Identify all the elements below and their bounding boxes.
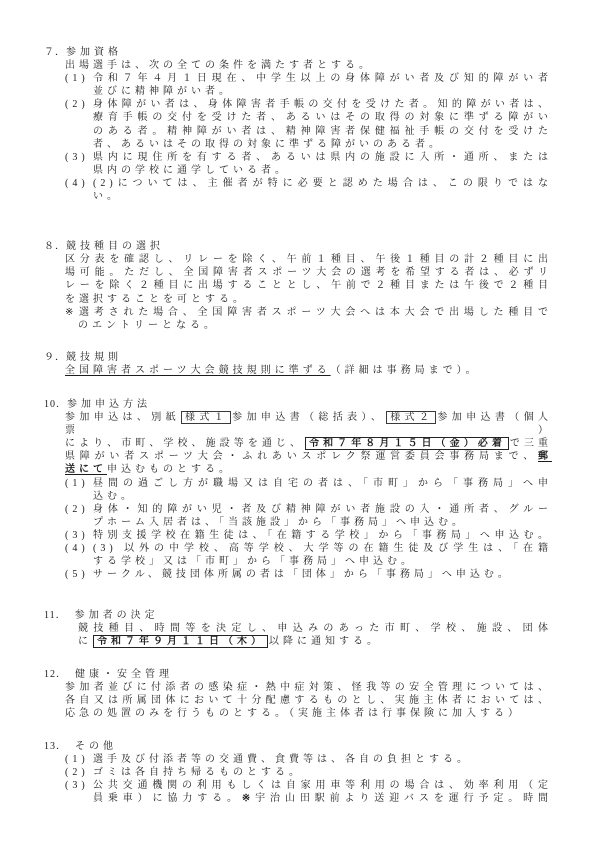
section-number: ８． (44, 240, 66, 253)
text-run: 送にて (65, 464, 107, 475)
item-label: (3) (65, 151, 93, 164)
text-line: 各自又は所属団体において十分配慮するものとし、実施主体者においては、 (65, 694, 552, 707)
document-page: ７．参加資格出場選手は、次の全ての条件を満たす者とする。(1)令和７年４月１日現… (0, 0, 595, 842)
line-text: 参加者並びに付添者の感染症・熱中症対策、怪我等の安全管理については、 (65, 681, 552, 694)
text-run: 者、あるいはその取得の対象に準ずる障がいのある者。 (93, 139, 443, 150)
text-run: 競技種目、時間等を決定し、申込みのあった市町、学校、施設、団体 (78, 623, 552, 634)
section: 12．健康・安全管理参加者並びに付添者の感染症・熱中症対策、怪我等の安全管理につ… (44, 668, 552, 720)
line-text: 込む。 (93, 490, 552, 503)
text-run: 員乗車）に協力する。 (93, 793, 242, 804)
line-text: プホーム入居者は、「当該施設」から「事務局」へ申込む。 (93, 516, 552, 529)
section-title: 参加資格 (66, 46, 122, 59)
text-line: 並びに精神障がい者。 (93, 85, 552, 98)
text-line: (2)身体障がい者は、身体障害者手帳の交付を受けた者。知的障がい者は、 (65, 98, 552, 111)
line-text: 選手及び付添者等の交通費、食費等は、各自の負担とする。 (93, 753, 552, 766)
section: 13．その他(1)選手及び付添者等の交通費、食費等は、各自の負担とする。(2)ゴ… (44, 740, 552, 805)
section-title: 競技規則 (66, 351, 122, 364)
line-text: 公共交通機関の利用もしくは自家用車等利用の場合は、効率利用（定 (93, 779, 552, 792)
line-text: のエントリーとなる。 (78, 319, 552, 332)
text-run: 県内に現住所を有する者、あるいは県内の施設に入所・通所、または (93, 152, 552, 163)
line-text: 員乗車）に協力する。※宇治山田駅前より送迎バスを運行予定。時間 (93, 792, 552, 805)
line-text: い。 (93, 190, 552, 203)
line-text: (3) 以外の中学校、高等学校、大学等の在籍生徒及び学生は、「在籍 (93, 542, 552, 555)
text-run: 公共交通機関の利用もしくは自家用車等利用の場合は、効率利用（定 (93, 780, 552, 791)
text-run: を選択することを可とする。 (65, 294, 247, 305)
text-line: 者、あるいはその取得の対象に準ずる障がいのある者。 (93, 138, 552, 151)
item-label: ※ (65, 306, 79, 319)
line-text: のある者。精神障がい者は、精神障害者保健福祉手帳の交付を受けた (93, 125, 552, 138)
text-run: 各自又は所属団体において十分配慮するものとし、実施主体者においては、 (65, 695, 552, 706)
section-heading: 11．参加者の決定 (44, 609, 552, 622)
section-heading: ８．競技種目の選択 (44, 240, 552, 253)
section-number: ７． (44, 46, 66, 59)
text-line: のある者。精神障がい者は、精神障害者保健福祉手帳の交付を受けた (93, 125, 552, 138)
text-run: で三重 (510, 438, 552, 449)
item-label: (1) (65, 753, 93, 766)
text-run: 出場選手は、次の全ての条件を満たす者とする。 (65, 60, 373, 71)
text-run: (2)については、主催者が特に必要と認めた場合は、この限りではな (93, 178, 552, 189)
text-line: (1)選手及び付添者等の交通費、食費等は、各自の負担とする。 (65, 753, 552, 766)
item-label: (3) (65, 529, 93, 542)
line-text: (2)については、主催者が特に必要と認めた場合は、この限りではな (93, 177, 552, 190)
text-run: 並びに精神障がい者。 (93, 86, 233, 97)
text-line: (2)身体・知的障がい児・者及び精神障がい者施設の入・通所者、グルー (65, 503, 552, 516)
text-line: 競技種目、時間等を決定し、申込みのあった市町、学校、施設、団体 (78, 622, 552, 635)
line-text: レーを除く２種目に出場することとし、午前で２種目または午後で２種目 (65, 279, 552, 292)
text-line: (2)ゴミは各自持ち帰るものとする。 (65, 766, 552, 779)
line-text: 身体障がい者は、身体障害者手帳の交付を受けた者。知的障がい者は、 (93, 98, 552, 111)
text-run: する学校」又は「市町」から「事務局」へ申込む。 (93, 556, 415, 567)
text-run: 込む。 (93, 491, 135, 502)
line-text: ゴミは各自持ち帰るものとする。 (93, 766, 552, 779)
line-text: 県内の学校に通学している者。 (93, 164, 552, 177)
line-text: 令和７年４月１日現在、中学生以上の身体障がい者及び知的障がい者 (93, 72, 552, 85)
section-heading: 12．健康・安全管理 (44, 668, 552, 681)
section-title: その他 (67, 740, 117, 753)
line-text: 県障がい者スポーツ大会・ふれあいスポレク祭運営委員会事務局まで、郵 (65, 450, 552, 463)
line-text: 並びに精神障がい者。 (93, 85, 552, 98)
text-line: (3)特別支援学校在籍生徒は、「在籍する学校」から「事務局」へ申込む。 (65, 529, 552, 542)
line-text: する学校」又は「市町」から「事務局」へ申込む。 (93, 555, 552, 568)
text-line: 送にて申込むものとする。 (65, 463, 552, 476)
text-run: 療育手帳の交付を受けた者、あるいはその取得の対象に準ずる障がい (93, 112, 552, 123)
text-run: 様式１ (181, 411, 231, 424)
text-run: 県障がい者スポーツ大会・ふれあいスポレク祭運営委員会事務局まで、 (65, 451, 538, 462)
section: ８．競技種目の選択区分表を確認し、リレーを除く、午前１種目、午後１種目の計２種目… (44, 240, 552, 332)
text-line: レーを除く２種目に出場することとし、午前で２種目または午後で２種目 (65, 279, 552, 292)
line-text: 身体・知的障がい児・者及び精神障がい者施設の入・通所者、グルー (93, 503, 552, 516)
item-label: (1) (65, 72, 93, 85)
item-label: (5) (65, 568, 93, 581)
text-run: （詳細は事務局まで）。 (331, 365, 480, 376)
text-line: (4)(3) 以外の中学校、高等学校、大学等の在籍生徒及び学生は、「在籍 (65, 542, 552, 555)
item-label: (4) (65, 177, 93, 190)
section-number: 11． (44, 609, 67, 622)
text-line: プホーム入居者は、「当該施設」から「事務局」へ申込む。 (93, 516, 552, 529)
line-text: 場可能。ただし、全国障害者スポーツ大会の選考を希望する者は、必ずリ (65, 266, 552, 279)
section-title: 健康・安全管理 (67, 668, 173, 681)
text-run: 応急の処置のみを行うものとする。（実施主体者は行事保険に加入する） (65, 708, 522, 719)
section-heading: ７．参加資格 (44, 46, 552, 59)
text-run: 申込むものとする。 (107, 464, 233, 475)
line-text: 県内に現住所を有する者、あるいは県内の施設に入所・通所、または (93, 151, 552, 164)
line-text: に令和７年９月１１日（木）以降に通知する。 (78, 635, 552, 648)
text-line: (1)昼間の過ごし方が職場又は自宅の者は、「市町」から「事務局」へ申 (65, 477, 552, 490)
text-run: 昼間の過ごし方が職場又は自宅の者は、「市町」から「事務局」へ申 (93, 478, 552, 489)
text-line: 療育手帳の交付を受けた者、あるいはその取得の対象に準ずる障がい (93, 111, 552, 124)
section-title: 参加申込方法 (67, 398, 151, 411)
item-label: (2) (65, 766, 93, 779)
text-run: 参加申込書（総括表）、 (232, 412, 385, 423)
text-run: レーを除く２種目に出場することとし、午前で２種目または午後で２種目 (65, 280, 552, 291)
text-line: (5)サークル、競技団体所属の者は「団体」から「事務局」へ申込む。 (65, 568, 552, 581)
text-run: 令和７年８月１５日（金）必着 (305, 437, 509, 450)
text-run: 参加者並びに付添者の感染症・熱中症対策、怪我等の安全管理については、 (65, 682, 552, 693)
section-number: 10． (44, 398, 67, 411)
line-text: 応急の処置のみを行うものとする。（実施主体者は行事保険に加入する） (65, 707, 552, 720)
text-line: 参加者並びに付添者の感染症・熱中症対策、怪我等の安全管理については、 (65, 681, 552, 694)
text-run: サークル、競技団体所属の者は「団体」から「事務局」へ申込む。 (93, 569, 512, 580)
item-label: (2) (65, 503, 93, 516)
section: 11．参加者の決定競技種目、時間等を決定し、申込みのあった市町、学校、施設、団体… (44, 609, 552, 648)
line-text: 選考された場合、全国障害者スポーツ大会へは本大会で出場した種目で (79, 306, 552, 319)
section-title: 競技種目の選択 (66, 240, 164, 253)
text-run: 令和７年９月１１日（木） (93, 635, 268, 648)
text-line: 全国障害者スポーツ大会競技規則に準ずる（詳細は事務局まで）。 (65, 364, 552, 377)
text-line: 員乗車）に協力する。※宇治山田駅前より送迎バスを運行予定。時間 (93, 792, 552, 805)
line-text: により、市町、学校、施設等を通じ、令和７年８月１５日（金）必着で三重 (65, 437, 552, 450)
section: 10．参加申込方法参加申込は、別紙様式１参加申込書（総括表）、様式２参加申込書（… (44, 398, 552, 581)
line-text: 者、あるいはその取得の対象に準ずる障がいのある者。 (93, 138, 552, 151)
text-run: により、市町、学校、施設等を通じ、 (65, 438, 304, 449)
text-line: する学校」又は「市町」から「事務局」へ申込む。 (93, 555, 552, 568)
text-run: プホーム入居者は、「当該施設」から「事務局」へ申込む。 (93, 517, 466, 528)
line-text: 特別支援学校在籍生徒は、「在籍する学校」から「事務局」へ申込む。 (93, 529, 552, 542)
line-text: サークル、競技団体所属の者は「団体」から「事務局」へ申込む。 (93, 568, 552, 581)
text-run: 場可能。ただし、全国障害者スポーツ大会の選考を希望する者は、必ずリ (65, 267, 552, 278)
text-run: 令和７年４月１日現在、中学生以上の身体障がい者及び知的障がい者 (93, 73, 552, 84)
text-line: を選択することを可とする。 (65, 293, 552, 306)
section-number: ９． (44, 351, 66, 364)
text-line: (4)(2)については、主催者が特に必要と認めた場合は、この限りではな (65, 177, 552, 190)
text-run: ゴミは各自持ち帰るものとする。 (93, 767, 303, 778)
text-line: 込む。 (93, 490, 552, 503)
line-text: 区分表を確認し、リレーを除く、午前１種目、午後１種目の計２種目に出 (65, 253, 552, 266)
text-line: 区分表を確認し、リレーを除く、午前１種目、午後１種目の計２種目に出 (65, 253, 552, 266)
text-line: (3)県内に現住所を有する者、あるいは県内の施設に入所・通所、または (65, 151, 552, 164)
text-line: により、市町、学校、施設等を通じ、令和７年８月１５日（金）必着で三重 (65, 437, 552, 450)
line-text: 参加申込は、別紙様式１参加申込書（総括表）、様式２参加申込書（個人票） (65, 411, 552, 437)
text-run: 選手及び付添者等の交通費、食費等は、各自の負担とする。 (93, 754, 471, 765)
text-run: のエントリーとなる。 (78, 320, 218, 331)
line-text: 各自又は所属団体において十分配慮するものとし、実施主体者においては、 (65, 694, 552, 707)
text-line: 県障がい者スポーツ大会・ふれあいスポレク祭運営委員会事務局まで、郵 (65, 450, 552, 463)
item-label: (4) (65, 542, 93, 555)
item-label: (1) (65, 477, 93, 490)
line-text: 昼間の過ごし方が職場又は自宅の者は、「市町」から「事務局」へ申 (93, 477, 552, 490)
text-run: ※ (242, 793, 255, 804)
text-run: 様式２ (386, 411, 436, 424)
text-line: ※選考された場合、全国障害者スポーツ大会へは本大会で出場した種目で (65, 306, 552, 319)
text-run: 身体障がい者は、身体障害者手帳の交付を受けた者。知的障がい者は、 (93, 99, 552, 110)
text-run: 県内の学校に通学している者。 (93, 165, 289, 176)
line-text: 出場選手は、次の全ての条件を満たす者とする。 (65, 59, 552, 72)
text-run: 郵 (538, 451, 552, 462)
section-heading: 10．参加申込方法 (44, 398, 552, 411)
text-run: 区分表を確認し、リレーを除く、午前１種目、午後１種目の計２種目に出 (65, 254, 552, 265)
text-line: のエントリーとなる。 (78, 319, 552, 332)
section: ９．競技規則全国障害者スポーツ大会競技規則に準ずる（詳細は事務局まで）。 (44, 351, 552, 377)
item-label: (3) (65, 779, 93, 792)
section-number: 13． (44, 740, 67, 753)
text-run: のある者。精神障がい者は、精神障害者保健福祉手帳の交付を受けた (93, 126, 552, 137)
text-run: に (78, 636, 92, 647)
text-line: 場可能。ただし、全国障害者スポーツ大会の選考を希望する者は、必ずリ (65, 266, 552, 279)
text-line: 県内の学校に通学している者。 (93, 164, 552, 177)
text-run: 特別支援学校在籍生徒は、「在籍する学校」から「事務局」へ申込む。 (93, 530, 552, 541)
line-text: 競技種目、時間等を決定し、申込みのあった市町、学校、施設、団体 (78, 622, 552, 635)
text-line: (3)公共交通機関の利用もしくは自家用車等利用の場合は、効率利用（定 (65, 779, 552, 792)
text-line: (1)令和７年４月１日現在、中学生以上の身体障がい者及び知的障がい者 (65, 72, 552, 85)
line-text: 送にて申込むものとする。 (65, 463, 552, 476)
text-run: (3) 以外の中学校、高等学校、大学等の在籍生徒及び学生は、「在籍 (93, 543, 552, 554)
text-line: に令和７年９月１１日（木）以降に通知する。 (78, 635, 552, 648)
text-line: 応急の処置のみを行うものとする。（実施主体者は行事保険に加入する） (65, 707, 552, 720)
text-run: 以降に通知する。 (269, 636, 381, 647)
section-heading: ９．競技規則 (44, 351, 552, 364)
section-heading: 13．その他 (44, 740, 552, 753)
line-text: を選択することを可とする。 (65, 293, 552, 306)
text-run: い。 (93, 191, 121, 202)
text-run: 宇治山田駅前より送迎バスを運行予定。時間 (255, 793, 552, 804)
section: ７．参加資格出場選手は、次の全ての条件を満たす者とする。(1)令和７年４月１日現… (44, 46, 552, 203)
line-text: 療育手帳の交付を受けた者、あるいはその取得の対象に準ずる障がい (93, 111, 552, 124)
line-text: 全国障害者スポーツ大会競技規則に準ずる（詳細は事務局まで）。 (65, 364, 552, 377)
section-number: 12． (44, 668, 67, 681)
text-run: 選考された場合、全国障害者スポーツ大会へは本大会で出場した種目で (79, 307, 552, 318)
section-title: 参加者の決定 (67, 609, 159, 622)
text-line: 出場選手は、次の全ての条件を満たす者とする。 (65, 59, 552, 72)
text-run: 参加申込は、別紙 (65, 412, 180, 423)
text-run: 身体・知的障がい児・者及び精神障がい者施設の入・通所者、グルー (93, 504, 552, 515)
text-line: い。 (93, 190, 552, 203)
text-run: 全国障害者スポーツ大会競技規則に準ずる (65, 365, 331, 376)
item-label: (2) (65, 98, 93, 111)
text-line: 参加申込は、別紙様式１参加申込書（総括表）、様式２参加申込書（個人票） (65, 411, 552, 437)
